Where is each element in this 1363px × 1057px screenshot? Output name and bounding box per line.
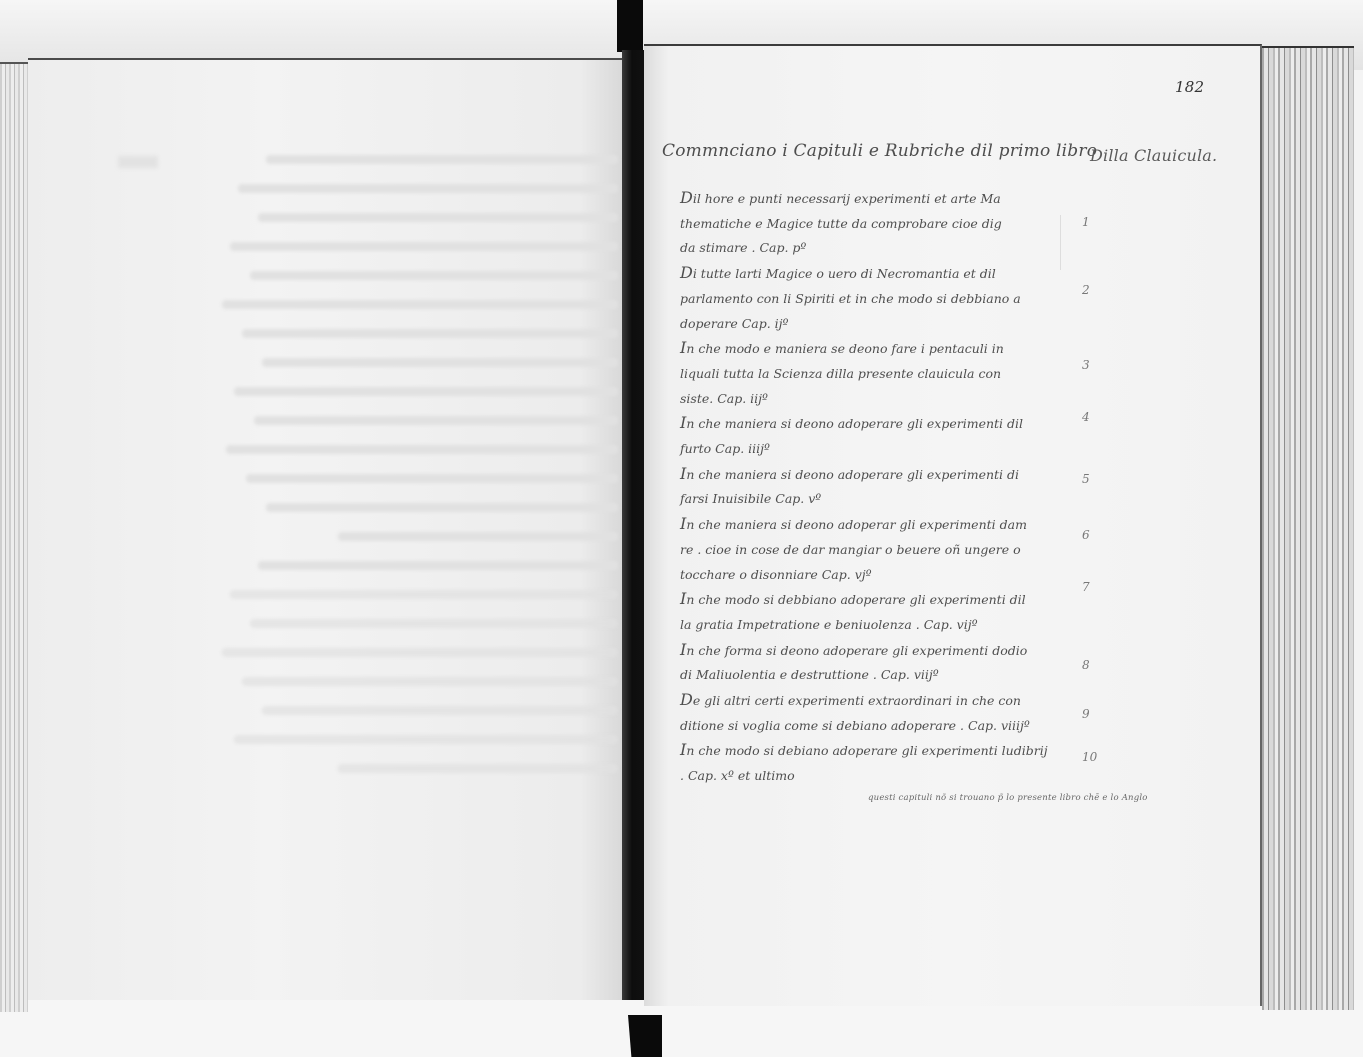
chapter-line: In che forma si deono adoperare gli expe… bbox=[680, 638, 1045, 664]
chapter-entry: In che modo si debbiano adoperare gli ex… bbox=[680, 587, 1045, 637]
bleed-through-line bbox=[218, 503, 618, 525]
marginal-bracket-mark bbox=[1060, 215, 1067, 270]
bleed-through-line bbox=[218, 619, 618, 641]
spine-top-shadow bbox=[617, 0, 643, 52]
bleed-through-marginal-note bbox=[118, 156, 158, 168]
left-page bbox=[28, 58, 628, 1000]
chapter-line: parlamento con li Spiriti et in che modo… bbox=[680, 287, 1045, 312]
chapter-list: Dil hore e punti necessarij experimenti … bbox=[680, 186, 1045, 789]
bleed-through-line bbox=[218, 706, 618, 728]
chapter-line: In che maniera si deono adoperare gli ex… bbox=[680, 462, 1045, 488]
bleed-through-line bbox=[218, 532, 618, 554]
footer-note: questi capituli nõ si trouano p̃ lo pre… bbox=[868, 793, 1148, 803]
side-note: Dilla Clauicula. bbox=[1090, 146, 1217, 165]
spine-bottom-shadow bbox=[628, 1015, 662, 1057]
margin-chapter-number: 10 bbox=[1082, 750, 1097, 764]
chapter-line: re . cioe in cose de dar mangiar o beuer… bbox=[680, 538, 1045, 563]
chapter-entry: Di tutte larti Magice o uero di Necroman… bbox=[680, 261, 1045, 336]
bleed-through-line bbox=[218, 648, 618, 670]
folio-number: 182 bbox=[1175, 78, 1204, 96]
left-page-edges bbox=[0, 62, 28, 1012]
chapter-entry: In che maniera si deono adoperar gli exp… bbox=[680, 512, 1045, 587]
bleed-through-line bbox=[218, 213, 618, 235]
chapter-line: furto Cap. iiijº bbox=[680, 437, 1045, 462]
bleed-through-line bbox=[218, 387, 618, 409]
bleed-through-line bbox=[218, 474, 618, 496]
chapter-entry: Dil hore e punti necessarij experimenti … bbox=[680, 186, 1045, 261]
bleed-through-line bbox=[218, 735, 618, 757]
bleed-through-line bbox=[218, 561, 618, 583]
margin-chapter-number: 7 bbox=[1082, 580, 1090, 594]
bleed-through-line bbox=[218, 445, 618, 467]
margin-chapter-number: 6 bbox=[1082, 528, 1090, 542]
bleed-through-line bbox=[218, 155, 618, 177]
chapter-line: doperare Cap. ijº bbox=[680, 312, 1045, 337]
chapter-entry: In che maniera si deono adoperare gli ex… bbox=[680, 462, 1045, 512]
margin-chapter-number: 2 bbox=[1082, 283, 1090, 297]
margin-chapter-number: 3 bbox=[1082, 358, 1090, 372]
toc-title: Commnciano i Capituli e Rubriche dil pri… bbox=[662, 141, 1097, 161]
chapter-line: di Maliuolentia e destruttione . Cap. vi… bbox=[680, 663, 1045, 688]
chapter-entry: De gli altri certi experimenti extraordi… bbox=[680, 688, 1045, 738]
bleed-through-line bbox=[218, 764, 618, 786]
bleed-through-line bbox=[218, 184, 618, 206]
bleed-through-line bbox=[218, 300, 618, 322]
chapter-line: In che modo si debiano adoperare gli exp… bbox=[680, 738, 1045, 764]
bleed-through-line bbox=[218, 590, 618, 612]
chapter-line: Dil hore e punti necessarij experimenti … bbox=[680, 186, 1045, 212]
bleed-through-line bbox=[218, 358, 618, 380]
margin-chapter-number: 4 bbox=[1082, 410, 1090, 424]
book-spine bbox=[622, 50, 644, 1000]
bleed-through-line bbox=[218, 271, 618, 293]
bleed-through-text bbox=[218, 148, 618, 789]
chapter-line: In che maniera si deono adoperare gli ex… bbox=[680, 411, 1045, 437]
chapter-entry: In che modo e maniera se deono fare i pe… bbox=[680, 336, 1045, 411]
chapter-line: da stimare . Cap. pº bbox=[680, 236, 1045, 261]
chapter-line: In che modo e maniera se deono fare i pe… bbox=[680, 336, 1045, 362]
bleed-through-line bbox=[218, 677, 618, 699]
bleed-through-line bbox=[218, 242, 618, 264]
chapter-line: In che maniera si deono adoperar gli exp… bbox=[680, 512, 1045, 538]
chapter-line: liquali tutta la Scienza dilla presente … bbox=[680, 362, 1045, 387]
chapter-line: tocchare o disonniare Cap. vjº bbox=[680, 563, 1045, 588]
chapter-line: ditione si voglia come si debiano adoper… bbox=[680, 714, 1045, 739]
chapter-line: la gratia Impetratione e beniuolenza . C… bbox=[680, 613, 1045, 638]
chapter-line: De gli altri certi experimenti extraordi… bbox=[680, 688, 1045, 714]
margin-chapter-number: 9 bbox=[1082, 707, 1090, 721]
chapter-line: . Cap. xº et ultimo bbox=[680, 764, 1045, 789]
chapter-line: farsi Inuisibile Cap. vº bbox=[680, 487, 1045, 512]
margin-chapter-number: 5 bbox=[1082, 472, 1090, 486]
background-bottom bbox=[0, 1000, 1363, 1057]
chapter-line: In che modo si debbiano adoperare gli ex… bbox=[680, 587, 1045, 613]
bleed-through-line bbox=[218, 329, 618, 351]
chapter-entry: In che modo si debiano adoperare gli exp… bbox=[680, 738, 1045, 788]
margin-chapter-number: 8 bbox=[1082, 658, 1090, 672]
bleed-through-line bbox=[218, 416, 618, 438]
chapter-entry: In che forma si deono adoperare gli expe… bbox=[680, 638, 1045, 688]
chapter-line: Di tutte larti Magice o uero di Necroman… bbox=[680, 261, 1045, 287]
chapter-line: siste. Cap. iijº bbox=[680, 387, 1045, 412]
right-page-edges bbox=[1262, 46, 1354, 1010]
chapter-line: thematiche e Magice tutte da comprobare … bbox=[680, 212, 1045, 237]
margin-chapter-number: 1 bbox=[1082, 215, 1090, 229]
chapter-entry: In che maniera si deono adoperare gli ex… bbox=[680, 411, 1045, 461]
